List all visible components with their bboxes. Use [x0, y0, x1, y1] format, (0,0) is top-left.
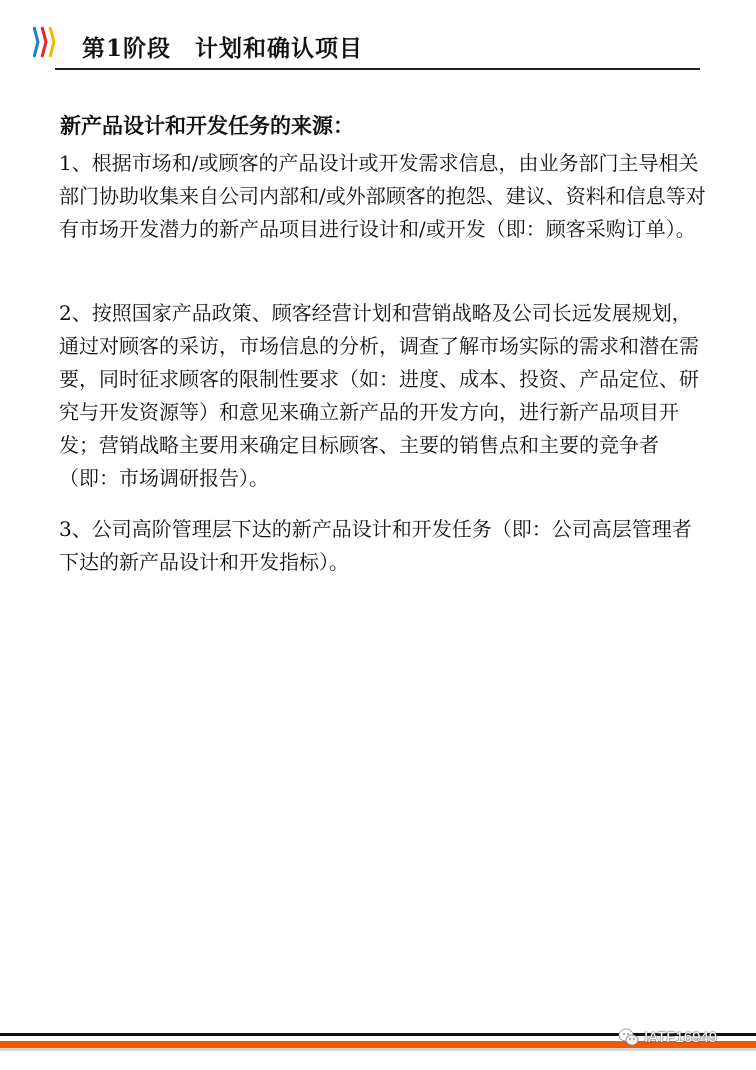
section-heading: 新产品设计和开发任务的来源：	[60, 110, 354, 140]
page-title: 第1阶段 计划和确认项目	[82, 30, 363, 63]
watermark-text: IATF16949	[644, 1029, 717, 1046]
paragraph-2: 2、按照国家产品政策、顾客经营计划和营销战略及公司长远发展规划，通过对顾客的采访…	[59, 297, 711, 495]
paragraph-1: 1、根据市场和/或顾客的产品设计或开发需求信息，由业务部门主导相关部门协助收集来…	[59, 147, 711, 246]
title-divider	[55, 68, 700, 70]
paragraph-3: 3、公司高阶管理层下达的新产品设计和开发任务（即：公司高层管理者下达的新产品设计…	[59, 513, 711, 579]
chevron-logo-icon	[33, 25, 57, 59]
footer-shadow	[0, 1048, 756, 1051]
watermark: IATF16949	[618, 1027, 717, 1047]
wechat-icon	[618, 1027, 640, 1047]
